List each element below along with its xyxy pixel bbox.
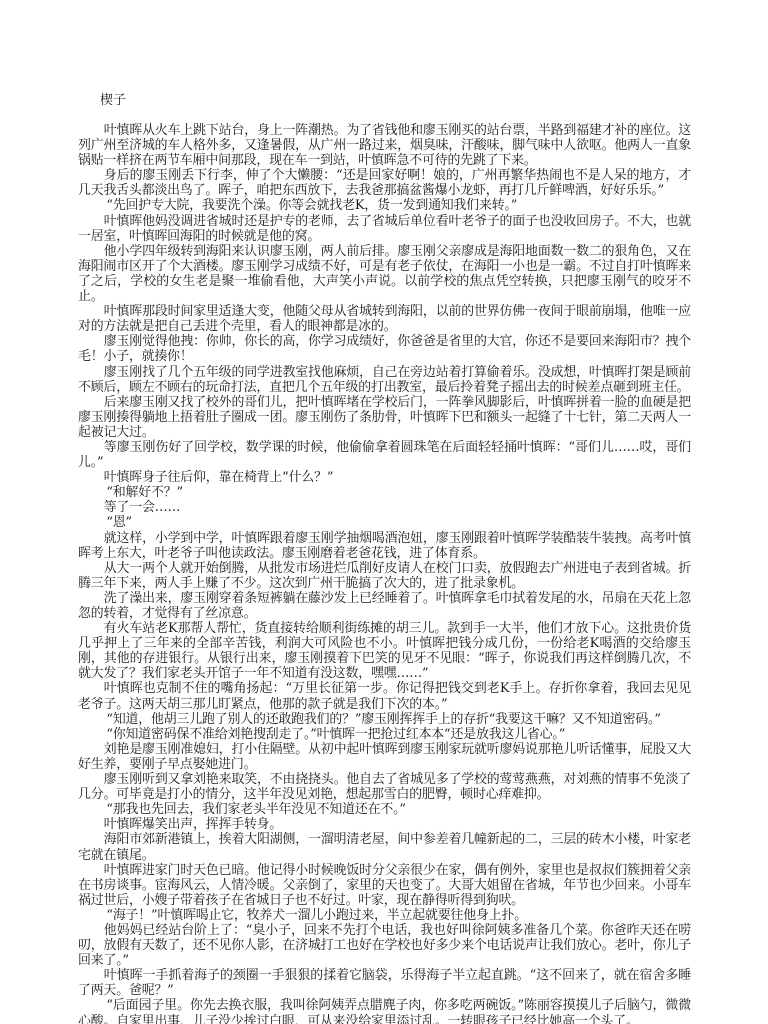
paragraph: 叶慎晖爆笑出声，挥挥手转身。 — [78, 817, 691, 832]
chapter-body: 叶慎晖从火车上跳下站台，身上一阵潮热。为了省钱他和廖玉刚买的站台票，半路到福建才… — [78, 123, 691, 1024]
paragraph: “后面园子里。你先去换衣服，我叫徐阿姨弄点腊麂子肉，你多吃两碗饭。”陈丽容摸摸儿… — [78, 998, 691, 1024]
paragraph: 叶慎晖从火车上跳下站台，身上一阵潮热。为了省钱他和廖玉刚买的站台票，半路到福建才… — [78, 123, 691, 168]
paragraph: 廖玉刚觉得他拽：你帅，你长的高，你学习成绩好，你爸爸是省里的大官，你还不是要回来… — [78, 334, 691, 364]
paragraph: “恩” — [78, 515, 691, 530]
paragraph: 叶慎晖也克制不住的嘴角扬起：“万里长征第一步。你记得把钱交到老K手上。存折你拿着… — [78, 681, 691, 711]
document-page: 楔子 叶慎晖从火车上跳下站台，身上一阵潮热。为了省钱他和廖玉刚买的站台票，半路到… — [78, 93, 691, 1024]
paragraph: 叶慎晖进家门时天色已暗。他记得小时候晚饭时分父亲很少在家，偶有例外，家里也是叔叔… — [78, 863, 691, 908]
paragraph: 刘艳是廖玉刚准媳妇，打小住隔壁。从初中起叶慎晖到廖玉刚家玩就听廖妈说那艳儿听话懂… — [78, 742, 691, 772]
paragraph: 叶慎晖身子往后仰，靠在椅背上“什么？” — [78, 470, 691, 485]
paragraph: “你知道密码保不准给刘艳搜刮走了。”叶慎晖一把抢过红本本“还是放我这儿省心。” — [78, 727, 691, 742]
paragraph: 有火车站老K那帮人帮忙，货直接转给顺利街练摊的胡三儿。款到手一大半，他们才放下心… — [78, 621, 691, 681]
paragraph: 等了一会…… — [78, 500, 691, 515]
paragraph: 等廖玉刚伤好了回学校，数学课的时候，他偷偷拿着圆珠笔在后面轻轻捅叶慎晖：“哥们儿… — [78, 440, 691, 470]
paragraph: “知道，他胡三儿跑了别人的还敢跑我们的？”廖玉刚挥挥手上的存折“我要这干嘛？又不… — [78, 712, 691, 727]
paragraph: “那我也先回去，我们家老头半年没见不知道还在不。” — [78, 802, 691, 817]
paragraph: 从大一两个人就开始倒腾，从批发市场进烂瓜削好皮请人在校门口卖，放假跑去广州进电子… — [78, 561, 691, 591]
paragraph: 海阳市郊新港镇上，挨着大阳湖侧，一溜明清老屋，间中参差着几幢新起的二，三层的砖木… — [78, 832, 691, 862]
paragraph: 后来廖玉刚又找了校外的哥们儿，把叶慎晖堵在学校后门，一阵拳风脚影后，叶慎晖拼着一… — [78, 395, 691, 440]
paragraph: 廖玉刚听到又拿刘艳来取笑，不由挠挠头。他自去了省城见多了学校的莺莺燕燕，对刘燕的… — [78, 772, 691, 802]
paragraph: “先回护专大院，我要洗个澡。你等会就找老K，货一发到通知我们来转。” — [78, 198, 691, 213]
paragraph: 叶慎晖一手抓着海子的颈圈一手狠狠的揉着它脑袋，乐得海子半立起直跳。“这不回来了，… — [78, 968, 691, 998]
paragraph: 身后的廖玉刚丢下行李，伸了个大懒腰：“还是回家好啊！娘的，广州再繁华热闹也不是人… — [78, 168, 691, 198]
paragraph: 他小学四年级转到海阳来认识廖玉刚，两人前后排。廖玉刚父亲廖成是海阳地面数一数二的… — [78, 244, 691, 304]
paragraph: 就这样，小学到中学，叶慎晖跟着廖玉刚学抽烟喝酒泡妞，廖玉刚跟着叶慎晖学装酷装牛装… — [78, 531, 691, 561]
paragraph: 叶慎晖他妈没调进省城时还是护专的老师，去了省城后单位看叶老爷子的面子也没收回房子… — [78, 214, 691, 244]
paragraph: “和解好不？” — [78, 485, 691, 500]
paragraph: “海子！”叶慎晖喝止它，牧养犬一溜儿小跑过来，半立起就要往他身上扑。 — [78, 908, 691, 923]
chapter-title: 楔子 — [100, 93, 691, 115]
paragraph: 他妈妈已经站台阶上了：“臭小子，回来不先打个电话，我也好叫徐阿姨多准备几个菜。你… — [78, 923, 691, 968]
paragraph: 叶慎晖那段时间家里适逢大变，他随父母从省城转到海阳，以前的世界仿佛一夜间于眼前崩… — [78, 304, 691, 334]
paragraph: 洗了澡出来，廖玉刚穿着条短裤躺在藤沙发上已经睡着了。叶慎晖拿毛巾拭着发尾的水，吊… — [78, 591, 691, 621]
paragraph: 廖玉刚找了几个五年级的同学进教室找他麻烦，自己在旁边站着打算偷着乐。没成想，叶慎… — [78, 365, 691, 395]
